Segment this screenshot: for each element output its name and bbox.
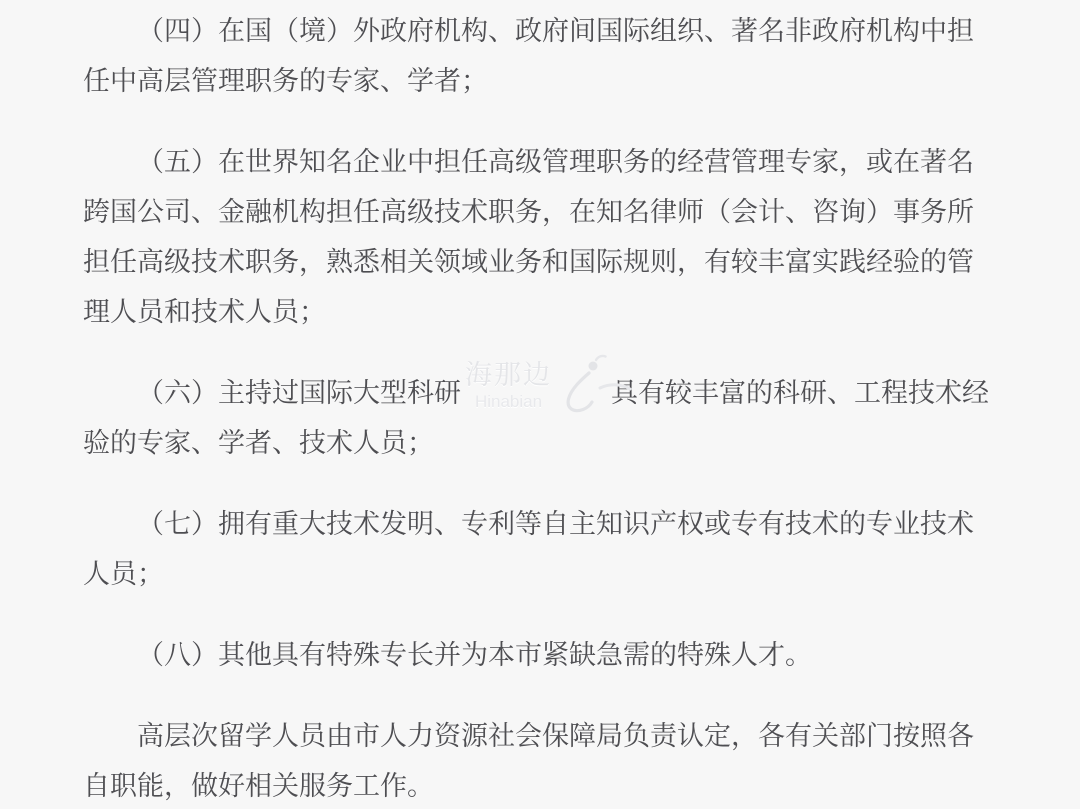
paragraph-closing: 高层次留学人员由市人力资源社会保障局负责认定，各有关部门按照各自职能，做好相关服… <box>83 711 997 809</box>
paragraph-item-4: （四）在国（境）外政府机构、政府间国际组织、著名非政府机构中担任中高层管理职务的… <box>83 6 997 106</box>
paragraph-item-5: （五）在世界知名企业中担任高级管理职务的经营管理专家，或在著名跨国公司、金融机构… <box>83 137 997 337</box>
paragraph-item-6: （六）主持过国际大型科研 海那边 Hinabian 具有较丰富的科研、工程技术经… <box>83 368 997 468</box>
paragraph-item-6-text-before: （六）主持过国际大型科研 <box>137 378 461 408</box>
watermark-cn-text: 海那边 <box>465 362 552 389</box>
watermark-en-text: Hinabian <box>475 393 542 410</box>
document-page: （四）在国（境）外政府机构、政府间国际组织、著名非政府机构中担任中高层管理职务的… <box>0 0 1080 809</box>
paragraph-item-7: （七）拥有重大技术发明、专利等自主知识产权或专有技术的专业技术人员； <box>83 499 997 599</box>
watermark: 海那边 Hinabian <box>461 376 611 406</box>
paragraph-item-8: （八）其他具有特殊专长并为本市紧缺急需的特殊人才。 <box>83 630 997 680</box>
